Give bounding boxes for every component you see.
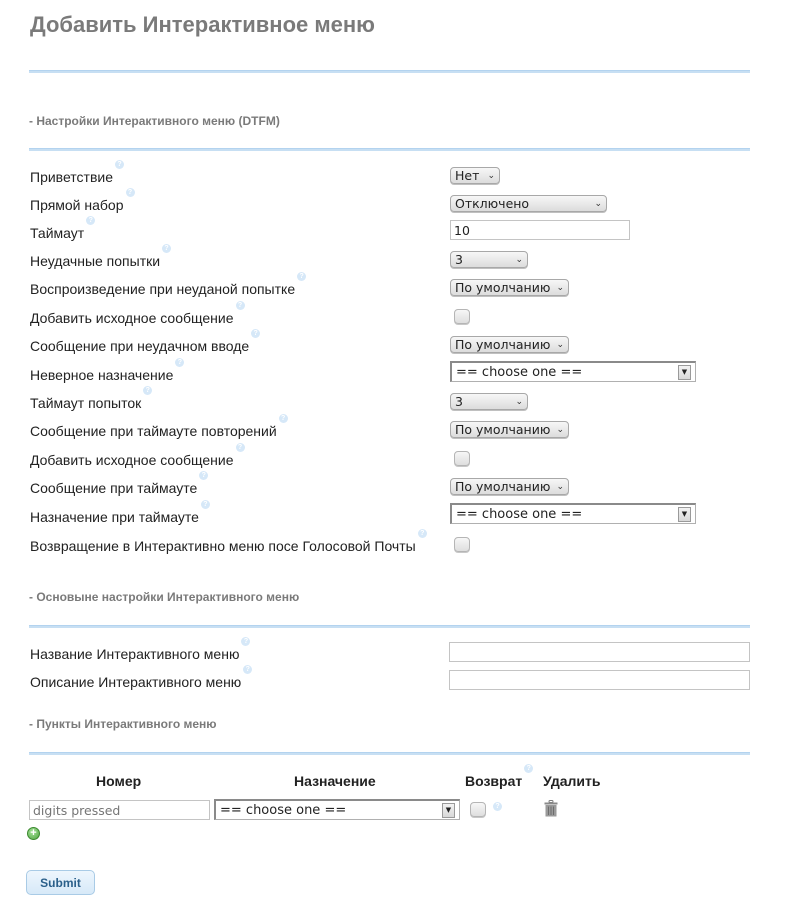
field-label: Описание Интерактивного меню? — [30, 674, 252, 690]
field-label-text: Воспроизведение при неуданой попытке — [30, 281, 295, 297]
field-label-text: Прямой набор — [30, 197, 124, 213]
field-select[interactable]: 3⌄ — [450, 251, 528, 268]
separator — [29, 70, 750, 73]
column-header-return: Возврат? — [465, 773, 533, 789]
select-value: 3 — [455, 394, 463, 409]
column-header-delete: Удалить — [543, 773, 600, 789]
select-value: Отключено — [455, 196, 529, 211]
section-title-dtmf: - Настройки Интерактивного меню (DTFM) — [29, 114, 280, 128]
field-label: Сообщение при таймауте? — [30, 480, 208, 496]
help-icon[interactable]: ? — [243, 665, 252, 674]
field-label: Название Интерактивного меню? — [30, 646, 250, 662]
select-value: == choose one == — [456, 507, 582, 522]
select-value: 3 — [455, 252, 463, 267]
dropdown-arrow-icon: ▼ — [678, 507, 691, 522]
field-label-text: Таймаут попыток — [30, 395, 141, 411]
item-destination-select[interactable]: == choose one == ▼ — [214, 799, 460, 820]
column-header-destination: Назначение — [294, 773, 376, 789]
field-label-text: Возвращение в Интерактивно меню посе Гол… — [30, 538, 416, 554]
field-label: Сообщение при неудачном вводе? — [30, 338, 260, 354]
help-icon[interactable]: ? — [236, 443, 245, 452]
select-value: По умолчанию — [455, 280, 550, 295]
help-icon[interactable]: ? — [199, 471, 208, 480]
field-label: Сообщение при таймауте повторений? — [30, 423, 288, 439]
field-label-text: Неверное назначение — [30, 367, 173, 383]
field-select[interactable]: Отключено⌄ — [450, 195, 607, 212]
chevron-down-icon: ⌄ — [556, 283, 564, 293]
separator — [29, 625, 750, 628]
field-select[interactable]: По умолчанию⌄ — [450, 478, 569, 495]
field-label-text: Неудачные попытки — [30, 253, 160, 269]
field-label: Назначение при таймауте? — [30, 509, 210, 525]
help-icon[interactable]: ? — [236, 301, 245, 310]
help-icon[interactable]: ? — [241, 637, 250, 646]
field-select[interactable]: Нет⌄ — [450, 167, 500, 184]
select-value: По умолчанию — [455, 422, 550, 437]
select-value: == choose one == — [456, 365, 582, 380]
select-value: По умолчанию — [455, 479, 550, 494]
dropdown-arrow-icon: ▼ — [678, 365, 691, 380]
field-checkbox[interactable] — [454, 537, 470, 552]
item-destination-value: == choose one == — [220, 803, 346, 818]
section-title-items: - Пункты Интерактивного меню — [29, 717, 217, 731]
help-icon[interactable]: ? — [279, 414, 288, 423]
field-label-text: Назначение при таймауте — [30, 509, 199, 525]
help-icon[interactable]: ? — [175, 358, 184, 367]
help-icon[interactable]: ? — [251, 329, 260, 338]
field-label: Добавить исходное сообщение? — [30, 452, 245, 468]
field-label-text: Сообщение при таймауте — [30, 480, 197, 496]
help-icon[interactable]: ? — [162, 244, 171, 253]
field-label: Таймаут? — [30, 225, 95, 241]
separator — [29, 752, 750, 755]
timeout-input[interactable] — [450, 220, 630, 240]
help-icon[interactable]: ? — [126, 188, 135, 197]
select-value: По умолчанию — [455, 337, 550, 352]
separator — [29, 148, 750, 151]
field-checkbox[interactable] — [454, 451, 470, 466]
field-label-text: Приветствие — [30, 169, 113, 185]
destination-select[interactable]: == choose one ==▼ — [450, 503, 696, 524]
chevron-down-icon: ⌄ — [556, 482, 564, 492]
field-label-text: Название Интерактивного меню — [30, 646, 239, 662]
trash-icon[interactable] — [544, 800, 558, 817]
chevron-down-icon: ⌄ — [556, 425, 564, 435]
help-icon[interactable]: ? — [115, 160, 124, 169]
add-entry-icon[interactable]: + — [27, 827, 40, 840]
field-label: Приветствие? — [30, 169, 124, 185]
field-select[interactable]: По умолчанию⌄ — [450, 336, 569, 353]
return-checkbox[interactable] — [470, 802, 486, 817]
field-select[interactable]: По умолчанию⌄ — [450, 421, 569, 438]
submit-button[interactable]: Submit — [26, 870, 95, 895]
field-label-text: Сообщение при таймауте повторений — [30, 423, 277, 439]
menu-name-input[interactable] — [449, 642, 750, 662]
section-title-general: - Основыне настройки Интерактивного меню — [29, 590, 299, 604]
help-icon[interactable]: ? — [201, 500, 210, 509]
dropdown-arrow-icon: ▼ — [442, 803, 455, 818]
field-label: Воспроизведение при неуданой попытке? — [30, 281, 306, 297]
field-select[interactable]: 3⌄ — [450, 393, 528, 410]
help-icon[interactable]: ? — [418, 529, 427, 538]
chevron-down-icon: ⌄ — [487, 171, 495, 181]
help-icon[interactable]: ? — [86, 216, 95, 225]
field-label: Добавить исходное сообщение? — [30, 310, 245, 326]
destination-select[interactable]: == choose one ==▼ — [450, 361, 696, 382]
help-icon[interactable]: ? — [493, 802, 502, 811]
page-title: Добавить Интерактивное меню — [30, 12, 375, 38]
field-label: Неудачные попытки? — [30, 253, 171, 269]
field-label-text: Сообщение при неудачном вводе — [30, 338, 249, 354]
field-label: Неверное назначение? — [30, 367, 184, 383]
help-icon[interactable]: ? — [297, 272, 306, 281]
help-icon[interactable]: ? — [524, 764, 533, 773]
menu-description-input[interactable] — [449, 670, 750, 690]
field-label: Прямой набор? — [30, 197, 135, 213]
chevron-down-icon: ⌄ — [515, 255, 523, 265]
field-label-text: Добавить исходное сообщение — [30, 310, 234, 326]
select-value: Нет — [455, 168, 479, 183]
chevron-down-icon: ⌄ — [515, 397, 523, 407]
field-label-text: Таймаут — [30, 225, 84, 241]
column-header-return-label: Возврат — [465, 773, 522, 789]
field-label: Возвращение в Интерактивно меню посе Гол… — [30, 538, 427, 554]
field-select[interactable]: По умолчанию⌄ — [450, 279, 569, 296]
field-label-text: Описание Интерактивного меню — [30, 674, 241, 690]
digits-input[interactable] — [29, 800, 210, 820]
column-header-number: Номер — [96, 773, 141, 789]
help-icon[interactable]: ? — [143, 386, 152, 395]
field-checkbox[interactable] — [454, 309, 470, 324]
chevron-down-icon: ⌄ — [594, 199, 602, 209]
chevron-down-icon: ⌄ — [556, 340, 564, 350]
field-label-text: Добавить исходное сообщение — [30, 452, 234, 468]
field-label: Таймаут попыток? — [30, 395, 152, 411]
